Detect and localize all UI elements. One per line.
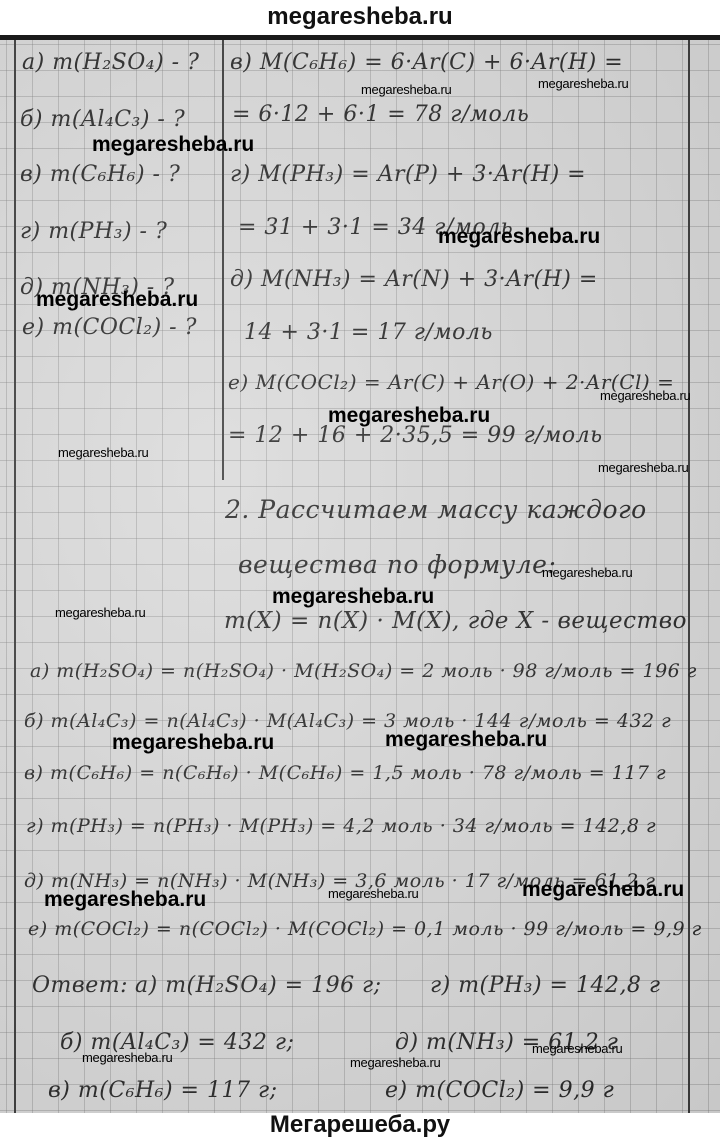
- calculation-row: в) m(C₆H₆) = n(C₆H₆) · M(C₆H₆) = 1,5 мол…: [24, 762, 666, 784]
- watermark: megaresheba.ru: [92, 133, 254, 157]
- left-margin-line: [14, 40, 16, 1113]
- step2-formula: m(X) = n(X) · M(X), где X - вещество: [224, 608, 687, 634]
- watermark: megaresheba.ru: [532, 1041, 622, 1056]
- molar-mass-formula: в) M(C₆H₆) = 6·Ar(C) + 6·Ar(H) =: [230, 50, 623, 75]
- watermark: megaresheba.ru: [55, 605, 145, 620]
- site-footer: Мегарешеба.ру: [0, 1108, 720, 1141]
- watermark: megaresheba.ru: [598, 460, 688, 475]
- right-margin-line: [688, 40, 690, 1113]
- molar-mass-calc: 14 + 3·1 = 17 г/моль: [244, 320, 493, 345]
- watermark: megaresheba.ru: [82, 1050, 172, 1065]
- given-item: г) m(PH₃) - ?: [20, 219, 167, 244]
- calculation-row: б) m(Al₄C₃) = n(Al₄C₃) · M(Al₄C₃) = 3 мо…: [24, 710, 671, 732]
- given-item: а) m(H₂SO₄) - ?: [22, 50, 199, 75]
- watermark: megaresheba.ru: [112, 731, 274, 755]
- calculation-row: е) m(COCl₂) = n(COCl₂) · M(COCl₂) = 0,1 …: [28, 918, 702, 940]
- given-item: е) m(COCl₂) - ?: [22, 315, 197, 340]
- given-item: в) m(C₆H₆) - ?: [20, 162, 180, 187]
- notebook-page: а) m(H₂SO₄) - ? б) m(Al₄C₃) - ? в) m(C₆H…: [0, 35, 720, 1113]
- given-item: б) m(Al₄C₃) - ?: [20, 107, 185, 132]
- watermark: megaresheba.ru: [272, 585, 434, 609]
- column-divider: [222, 40, 224, 480]
- watermark: megaresheba.ru: [542, 565, 632, 580]
- answer-item: а) m(H₂SO₄) = 196 г;: [135, 973, 382, 998]
- watermark: megaresheba.ru: [600, 388, 690, 403]
- watermark: megaresheba.ru: [36, 288, 198, 312]
- answer-label: Ответ:: [32, 973, 128, 998]
- step2-heading: вещества по формуле:: [238, 550, 556, 579]
- answer-item: е) m(COCl₂) = 9,9 г: [385, 1078, 614, 1103]
- answer-item: в) m(C₆H₆) = 117 г;: [48, 1078, 278, 1103]
- molar-mass-calc: = 6·12 + 6·1 = 78 г/моль: [232, 102, 529, 127]
- watermark: megaresheba.ru: [538, 76, 628, 91]
- watermark: megaresheba.ru: [350, 1055, 440, 1070]
- calculation-row: а) m(H₂SO₄) = n(H₂SO₄) · M(H₂SO₄) = 2 мо…: [30, 660, 697, 682]
- watermark: megaresheba.ru: [44, 888, 206, 912]
- watermark: megaresheba.ru: [328, 404, 490, 428]
- watermark: megaresheba.ru: [328, 886, 418, 901]
- watermark: megaresheba.ru: [385, 728, 547, 752]
- molar-mass-formula: г) M(PH₃) = Ar(P) + 3·Ar(H) =: [230, 162, 586, 187]
- watermark: megaresheba.ru: [361, 82, 451, 97]
- watermark: megaresheba.ru: [58, 445, 148, 460]
- watermark: megaresheba.ru: [438, 225, 600, 249]
- site-header: megaresheba.ru: [0, 0, 720, 34]
- watermark: megaresheba.ru: [522, 878, 684, 902]
- molar-mass-formula: д) M(NH₃) = Ar(N) + 3·Ar(H) =: [230, 267, 598, 292]
- answer-item: г) m(PH₃) = 142,8 г: [430, 973, 661, 998]
- calculation-row: г) m(PH₃) = n(PH₃) · M(PH₃) = 4,2 моль ·…: [26, 815, 656, 837]
- step2-heading: 2. Рассчитаем массу каждого: [225, 495, 647, 524]
